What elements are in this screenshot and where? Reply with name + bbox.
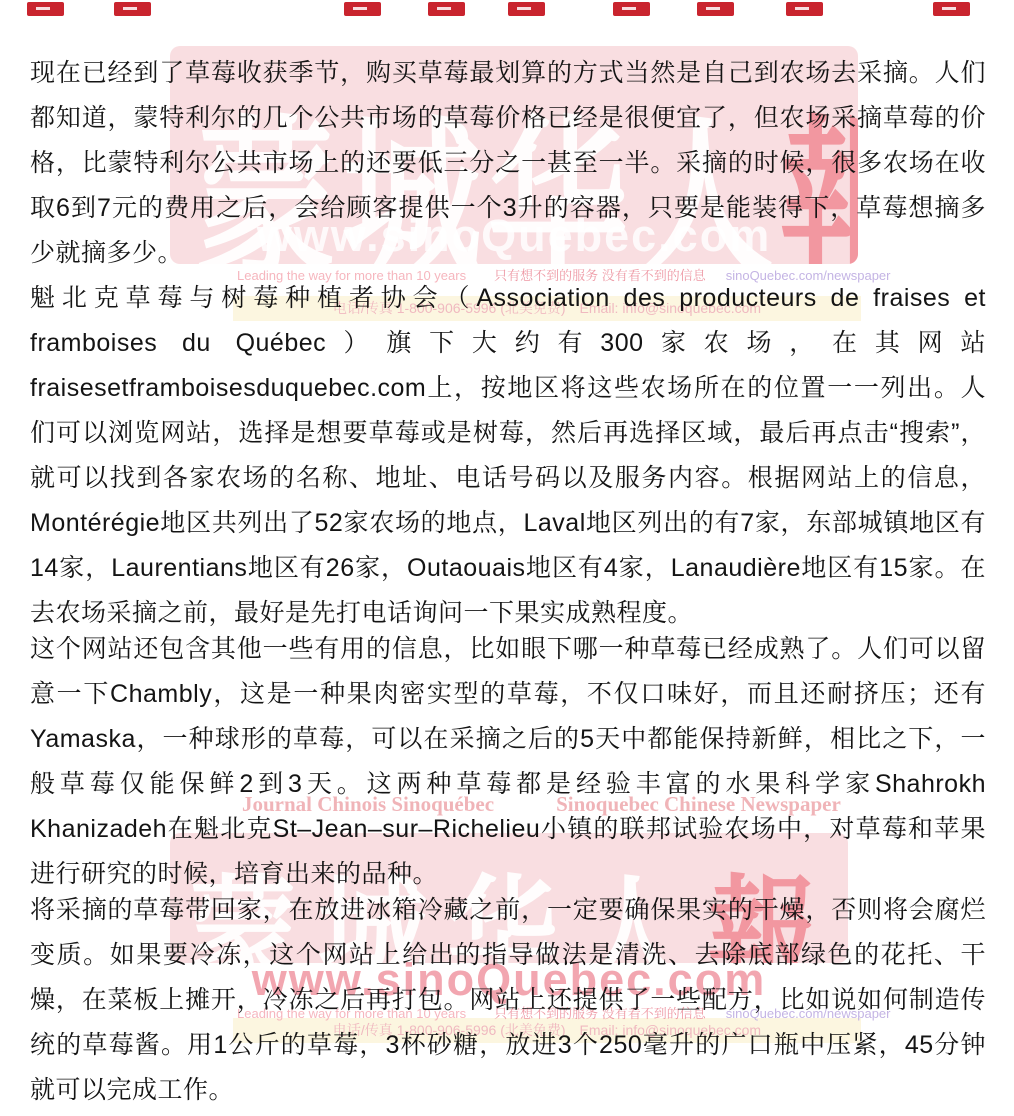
clipped-red-tag — [613, 2, 650, 16]
article-paragraph: 现在已经到了草莓收获季节，购买草莓最划算的方式当然是自己到农场去采摘。人们都知道… — [30, 51, 986, 276]
article-paragraph: 将采摘的草莓带回家，在放进冰箱冷藏之前，一定要确保果实的干燥，否则将会腐烂变质。… — [30, 888, 986, 1113]
clipped-red-tag — [344, 2, 381, 16]
article-page: 蒙城华人報 www.sinoQuebec.com Leading the way… — [0, 0, 1014, 1116]
clipped-red-tag — [27, 2, 64, 16]
clipped-red-tag — [508, 2, 545, 16]
clipped-red-tag — [786, 2, 823, 16]
article-paragraph: 这个网站还包含其他一些有用的信息，比如眼下哪一种草莓已经成熟了。人们可以留意一下… — [30, 627, 986, 897]
clipped-red-tag — [697, 2, 734, 16]
clipped-red-tag — [428, 2, 465, 16]
article-paragraph: 魁北克草莓与树莓种植者协会（Association des producteur… — [30, 276, 986, 636]
clipped-red-tag — [114, 2, 151, 16]
clipped-red-tag — [933, 2, 970, 16]
